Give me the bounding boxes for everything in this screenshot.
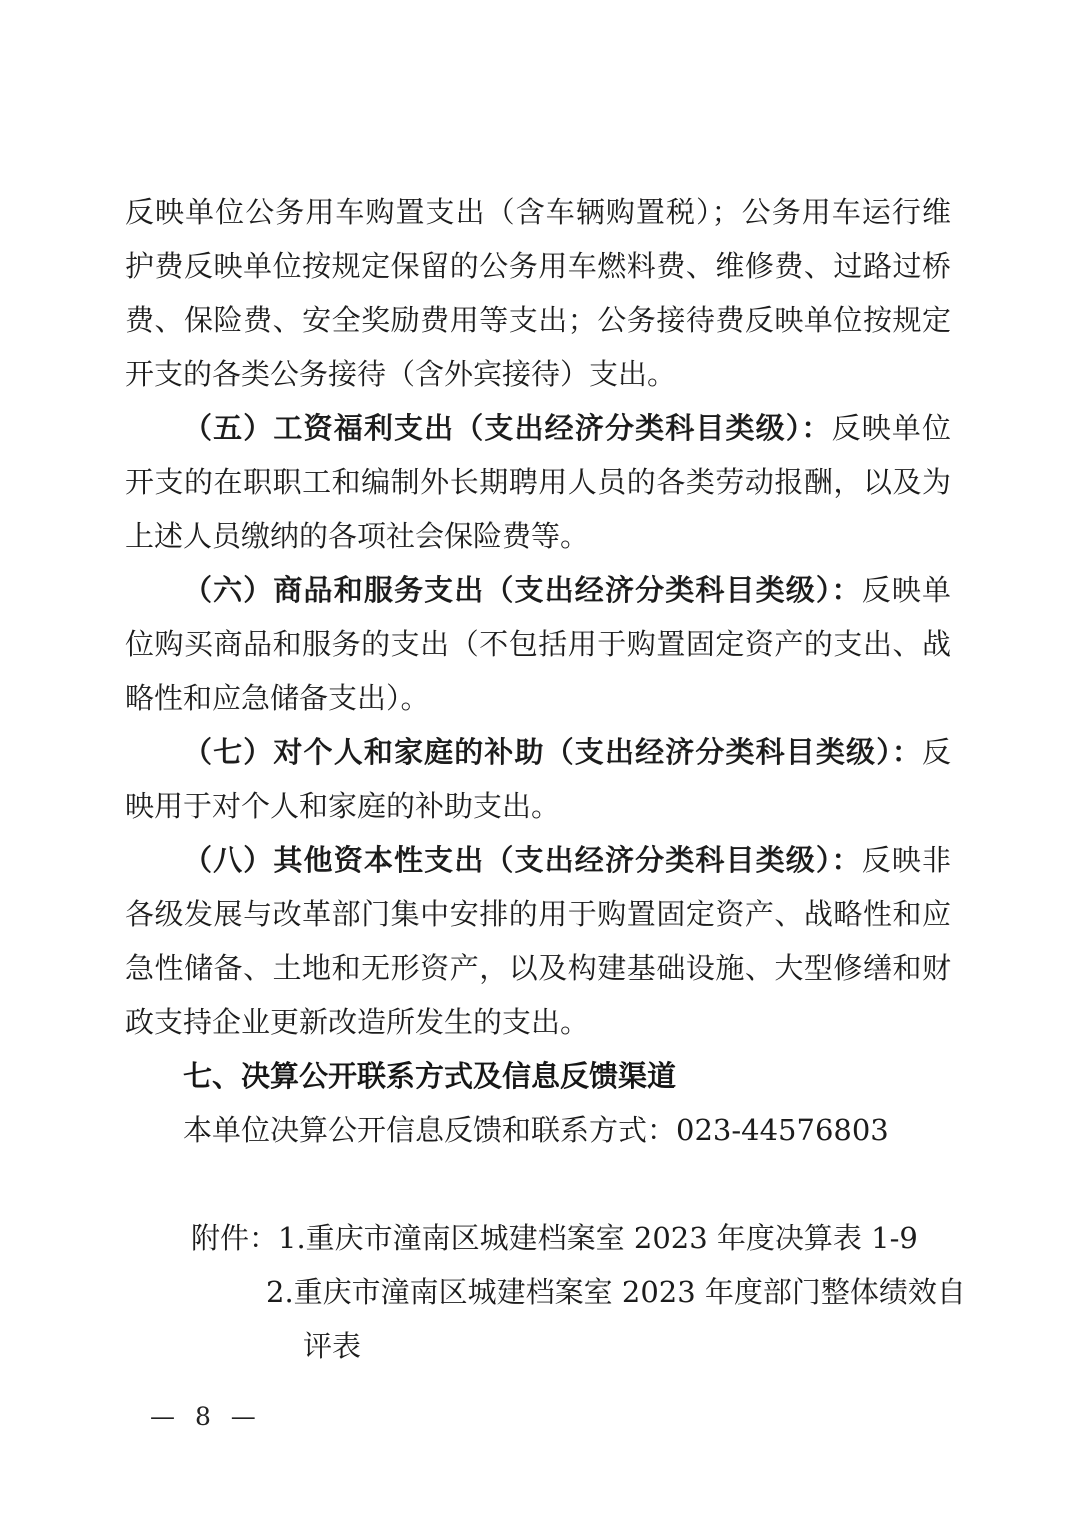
attachment-line-2: 2.重庆市潼南区城建档案室 2023 年度部门整体绩效自	[125, 1265, 951, 1319]
paragraph-lead: （八）其他资本性支出（支出经济分类科目类级）：	[183, 843, 862, 877]
page-number: — 8 —	[150, 1402, 256, 1431]
document-body: 反映单位公务用车购置支出（含车辆购置税）；公务用车运行维护费反映单位按规定保留的…	[125, 185, 951, 1373]
contact-line: 本单位决算公开信息反馈和联系方式：023-44576803	[125, 1103, 951, 1157]
attachment-text: 评表	[303, 1329, 361, 1363]
attachment-line-1: 附件：1.重庆市潼南区城建档案室 2023 年度决算表 1-9	[125, 1211, 951, 1265]
attachment-text: 2.重庆市潼南区城建档案室 2023 年度部门整体绩效自	[266, 1275, 966, 1309]
paragraph-lead: （七）对个人和家庭的补助（支出经济分类科目类级）：	[183, 735, 922, 769]
paragraph-vehicle-expense: 反映单位公务用车购置支出（含车辆购置税）；公务用车运行维护费反映单位按规定保留的…	[125, 185, 951, 401]
paragraph-item-5: （五）工资福利支出（支出经济分类科目类级）：反映单位开支的在职职工和编制外长期聘…	[125, 401, 951, 563]
section-heading: 七、决算公开联系方式及信息反馈渠道	[125, 1049, 951, 1103]
contact-text: 本单位决算公开信息反馈和联系方式：023-44576803	[183, 1113, 889, 1147]
attachment-line-3: 评表	[125, 1319, 951, 1373]
attachment-text: 附件：1.重庆市潼南区城建档案室 2023 年度决算表 1-9	[191, 1221, 918, 1255]
blank-line	[125, 1157, 951, 1211]
paragraph-lead: （五）工资福利支出（支出经济分类科目类级）：	[183, 411, 832, 445]
paragraph-item-6: （六）商品和服务支出（支出经济分类科目类级）：反映单位购买商品和服务的支出（不包…	[125, 563, 951, 725]
paragraph-item-8: （八）其他资本性支出（支出经济分类科目类级）：反映非各级发展与改革部门集中安排的…	[125, 833, 951, 1049]
paragraph-lead: （六）商品和服务支出（支出经济分类科目类级）：	[183, 573, 862, 607]
document-page: 反映单位公务用车购置支出（含车辆购置税）；公务用车运行维护费反映单位按规定保留的…	[0, 0, 1075, 1520]
paragraph-item-7: （七）对个人和家庭的补助（支出经济分类科目类级）：反映用于对个人和家庭的补助支出…	[125, 725, 951, 833]
paragraph-text: 反映单位公务用车购置支出（含车辆购置税）；公务用车运行维护费反映单位按规定保留的…	[125, 195, 951, 391]
